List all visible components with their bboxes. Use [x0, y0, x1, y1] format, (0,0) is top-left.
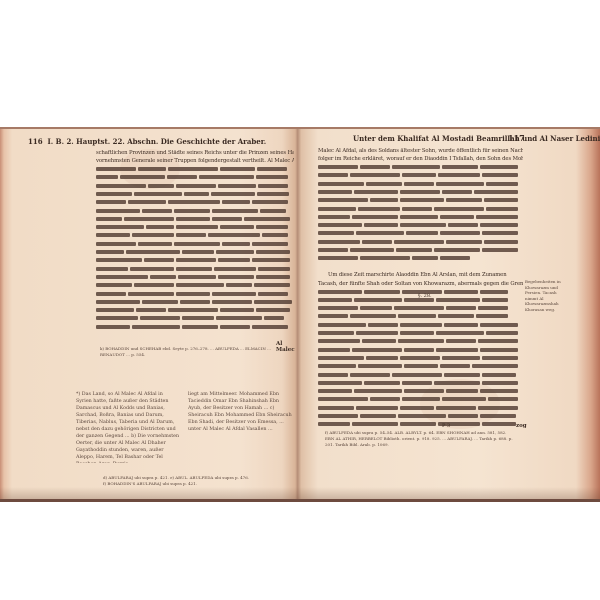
left-page-body-text: schaftlichen Provinzen und Städte seines… — [96, 149, 294, 339]
text-line — [318, 222, 523, 230]
text-line — [96, 307, 294, 315]
footnote-column-left: *) Das Land, so Al Malec Al Afdal in Syr… — [76, 391, 180, 463]
text-line — [318, 255, 523, 263]
text-line — [318, 371, 523, 379]
text-line: Um diese Zeit marschirte Alaoddin Ebn Al… — [318, 271, 523, 279]
text-line — [318, 313, 523, 321]
text-line — [96, 257, 294, 265]
text-line — [96, 232, 294, 240]
left-page: 116 I. B. 2. Hauptst. 22. Abschn. Die Ge… — [8, 129, 293, 499]
text-line — [96, 323, 294, 331]
text-line — [96, 190, 294, 198]
text-line — [318, 321, 523, 329]
text-line — [318, 238, 523, 246]
text-line — [96, 273, 294, 281]
text-line: schaftlichen Provinzen und Städte seines… — [96, 149, 294, 157]
text-line — [96, 166, 294, 174]
text-line — [318, 330, 523, 338]
left-running-head: 116 I. B. 2. Hauptst. 22. Abschn. Die Ge… — [28, 137, 266, 146]
text-line: Malec Al Afdal, als des Soldans ältester… — [318, 147, 523, 155]
text-line — [96, 298, 294, 306]
text-line — [318, 263, 523, 271]
right-catchword: zog — [516, 423, 527, 429]
section-mark: §. 28. — [418, 293, 432, 299]
text-line — [318, 305, 523, 313]
text-line — [318, 180, 523, 188]
text-line — [318, 354, 523, 362]
text-line: Tacash, der fünfte Shah oder Soltan von … — [318, 280, 523, 288]
text-line — [318, 413, 523, 421]
text-line — [96, 265, 294, 273]
left-footnote-bottom: d) ABULFARAJ ubi supra p. 421. e) ABUL. … — [103, 475, 293, 489]
right-page: Unter dem Khalifat Al Mostadi Beamrillah… — [303, 129, 588, 499]
text-line: vornehmsten Generale seiner Truppen folg… — [96, 157, 294, 165]
left-footnote-columns: *) Das Land, so Al Malec Al Afdal in Syr… — [76, 391, 296, 463]
left-footnote-1: k) BOHADDIN und SCHEHAB ebd. Seyte p. 27… — [100, 346, 292, 388]
text-line — [318, 338, 523, 346]
text-line — [318, 164, 523, 172]
text-line — [318, 188, 523, 196]
footnote-column-right: liegt am Mittelmeer. Mohammed Ebn Tacied… — [188, 391, 292, 463]
text-line — [96, 207, 294, 215]
text-line — [318, 197, 523, 205]
right-page-body-text: Malec Al Afdal, als des Soldans ältester… — [318, 147, 523, 429]
open-book: 116 I. B. 2. Hauptst. 22. Abschn. Die Ge… — [0, 127, 600, 502]
text-line — [318, 230, 523, 238]
left-page-number: 116 — [28, 137, 43, 146]
right-page-number: 117 — [508, 133, 525, 143]
text-line — [318, 396, 523, 404]
text-line — [96, 215, 294, 223]
text-line — [318, 205, 523, 213]
text-line — [96, 315, 294, 323]
text-line — [318, 172, 523, 180]
right-footnote: f) ABULFEDA ubi supra p. 54–54. ALB. ALB… — [325, 430, 515, 460]
margin-note: Begebenheiten in Khowarazm und Persien. … — [525, 279, 565, 312]
text-line — [318, 346, 523, 354]
printer-signature: P 3 — [442, 423, 450, 429]
right-running-head: Unter dem Khalifat Al Mostadi Beamrillah… — [353, 134, 600, 143]
text-line — [96, 199, 294, 207]
text-line — [318, 421, 523, 429]
text-line: folger im Reiche erkläret, worauf er den… — [318, 155, 523, 163]
text-line — [96, 290, 294, 298]
text-line — [318, 363, 523, 371]
text-line — [96, 249, 294, 257]
text-line — [96, 240, 294, 248]
text-line — [318, 388, 523, 396]
text-line — [318, 213, 523, 221]
text-line — [96, 174, 294, 182]
text-line — [318, 404, 523, 412]
text-line — [318, 247, 523, 255]
text-line — [96, 224, 294, 232]
text-line — [96, 182, 294, 190]
text-line — [318, 379, 523, 387]
text-line — [96, 282, 294, 290]
